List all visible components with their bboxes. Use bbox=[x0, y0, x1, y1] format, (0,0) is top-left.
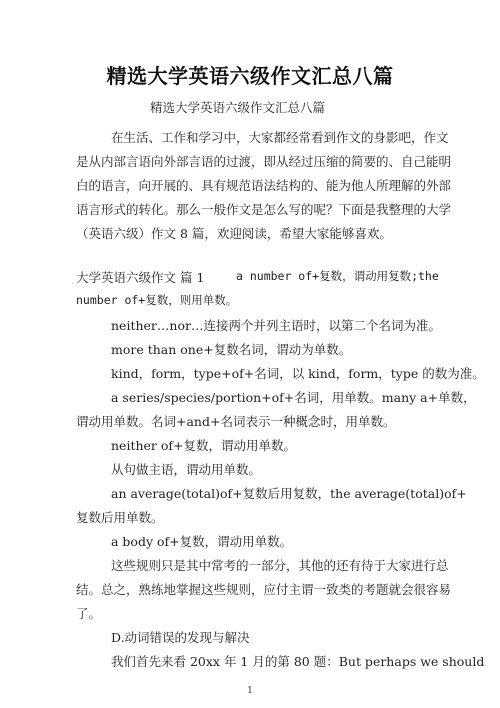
rule-line: neither of+复数，谓动用单数。 bbox=[111, 436, 428, 454]
section-text: number of+复数，则用单数。 bbox=[76, 292, 428, 308]
rule-line: more than one+复数名词，谓动为单数。 bbox=[111, 340, 428, 358]
rule-line: 我们首先来看 20xx 年 1 月的第 80 题：But perhaps we … bbox=[111, 652, 428, 670]
rule-line: 了。 bbox=[76, 604, 428, 622]
section-heading-row: 大学英语六级作文 篇 1 a number of+复数，谓动用复数;the bbox=[76, 268, 428, 286]
page-number: 1 bbox=[0, 686, 500, 696]
rule-line: neither…nor…连接两个并列主语时，以第二个名词为准。 bbox=[111, 316, 428, 334]
rule-line: 从句做主语，谓动用单数。 bbox=[111, 460, 428, 478]
rule-line: 这些规则只是其中常考的一部分，其他的还有待于大家进行总 bbox=[111, 556, 428, 574]
rule-line: 复数后用单数。 bbox=[76, 508, 428, 526]
rule-line: 谓动用单数。名词+and+名词表示一种概念时，用单数。 bbox=[76, 412, 428, 430]
document-page: 精选大学英语六级作文汇总八篇 精选大学英语六级作文汇总八篇 在生活、工作和学习中… bbox=[0, 0, 500, 708]
intro-line: 白的语言，向开展的、具有规范语法结构的、能为他人所理解的外部 bbox=[76, 176, 428, 194]
intro-line: 语言形式的转化。那么一般作文是怎么写的呢？下面是我整理的大学 bbox=[76, 200, 428, 218]
rule-line: a series/species/portion+of+名词，用单数。many … bbox=[111, 388, 428, 406]
document-subtitle: 精选大学英语六级作文汇总八篇 bbox=[150, 98, 325, 116]
section-heading: 大学英语六级作文 篇 1 bbox=[76, 270, 204, 285]
intro-line: 是从内部言语向外部言语的过渡，即从经过压缩的简要的、自己能明 bbox=[76, 152, 428, 170]
rule-line: kind，form，type+of+名词，以 kind，form，type 的数… bbox=[111, 364, 428, 382]
intro-line: 在生活、工作和学习中，大家都经常看到作文的身影吧，作文 bbox=[111, 128, 428, 146]
rule-line: 结。总之，熟练地掌握这些规则，应付主谓一致类的考题就会很容易 bbox=[76, 580, 428, 598]
document-title: 精选大学英语六级作文汇总八篇 bbox=[0, 60, 500, 89]
rule-line: a body of+复数，谓动用单数。 bbox=[111, 532, 428, 550]
intro-line: （英语六级）作文 8 篇，欢迎阅读，希望大家能够喜欢。 bbox=[76, 224, 428, 242]
subsection-heading: D.动词错误的发现与解决 bbox=[111, 628, 428, 646]
section-text: a number of+复数，谓动用复数;the bbox=[236, 268, 439, 284]
rule-line: an average(total)of+复数后用复数，the average(t… bbox=[111, 484, 428, 502]
